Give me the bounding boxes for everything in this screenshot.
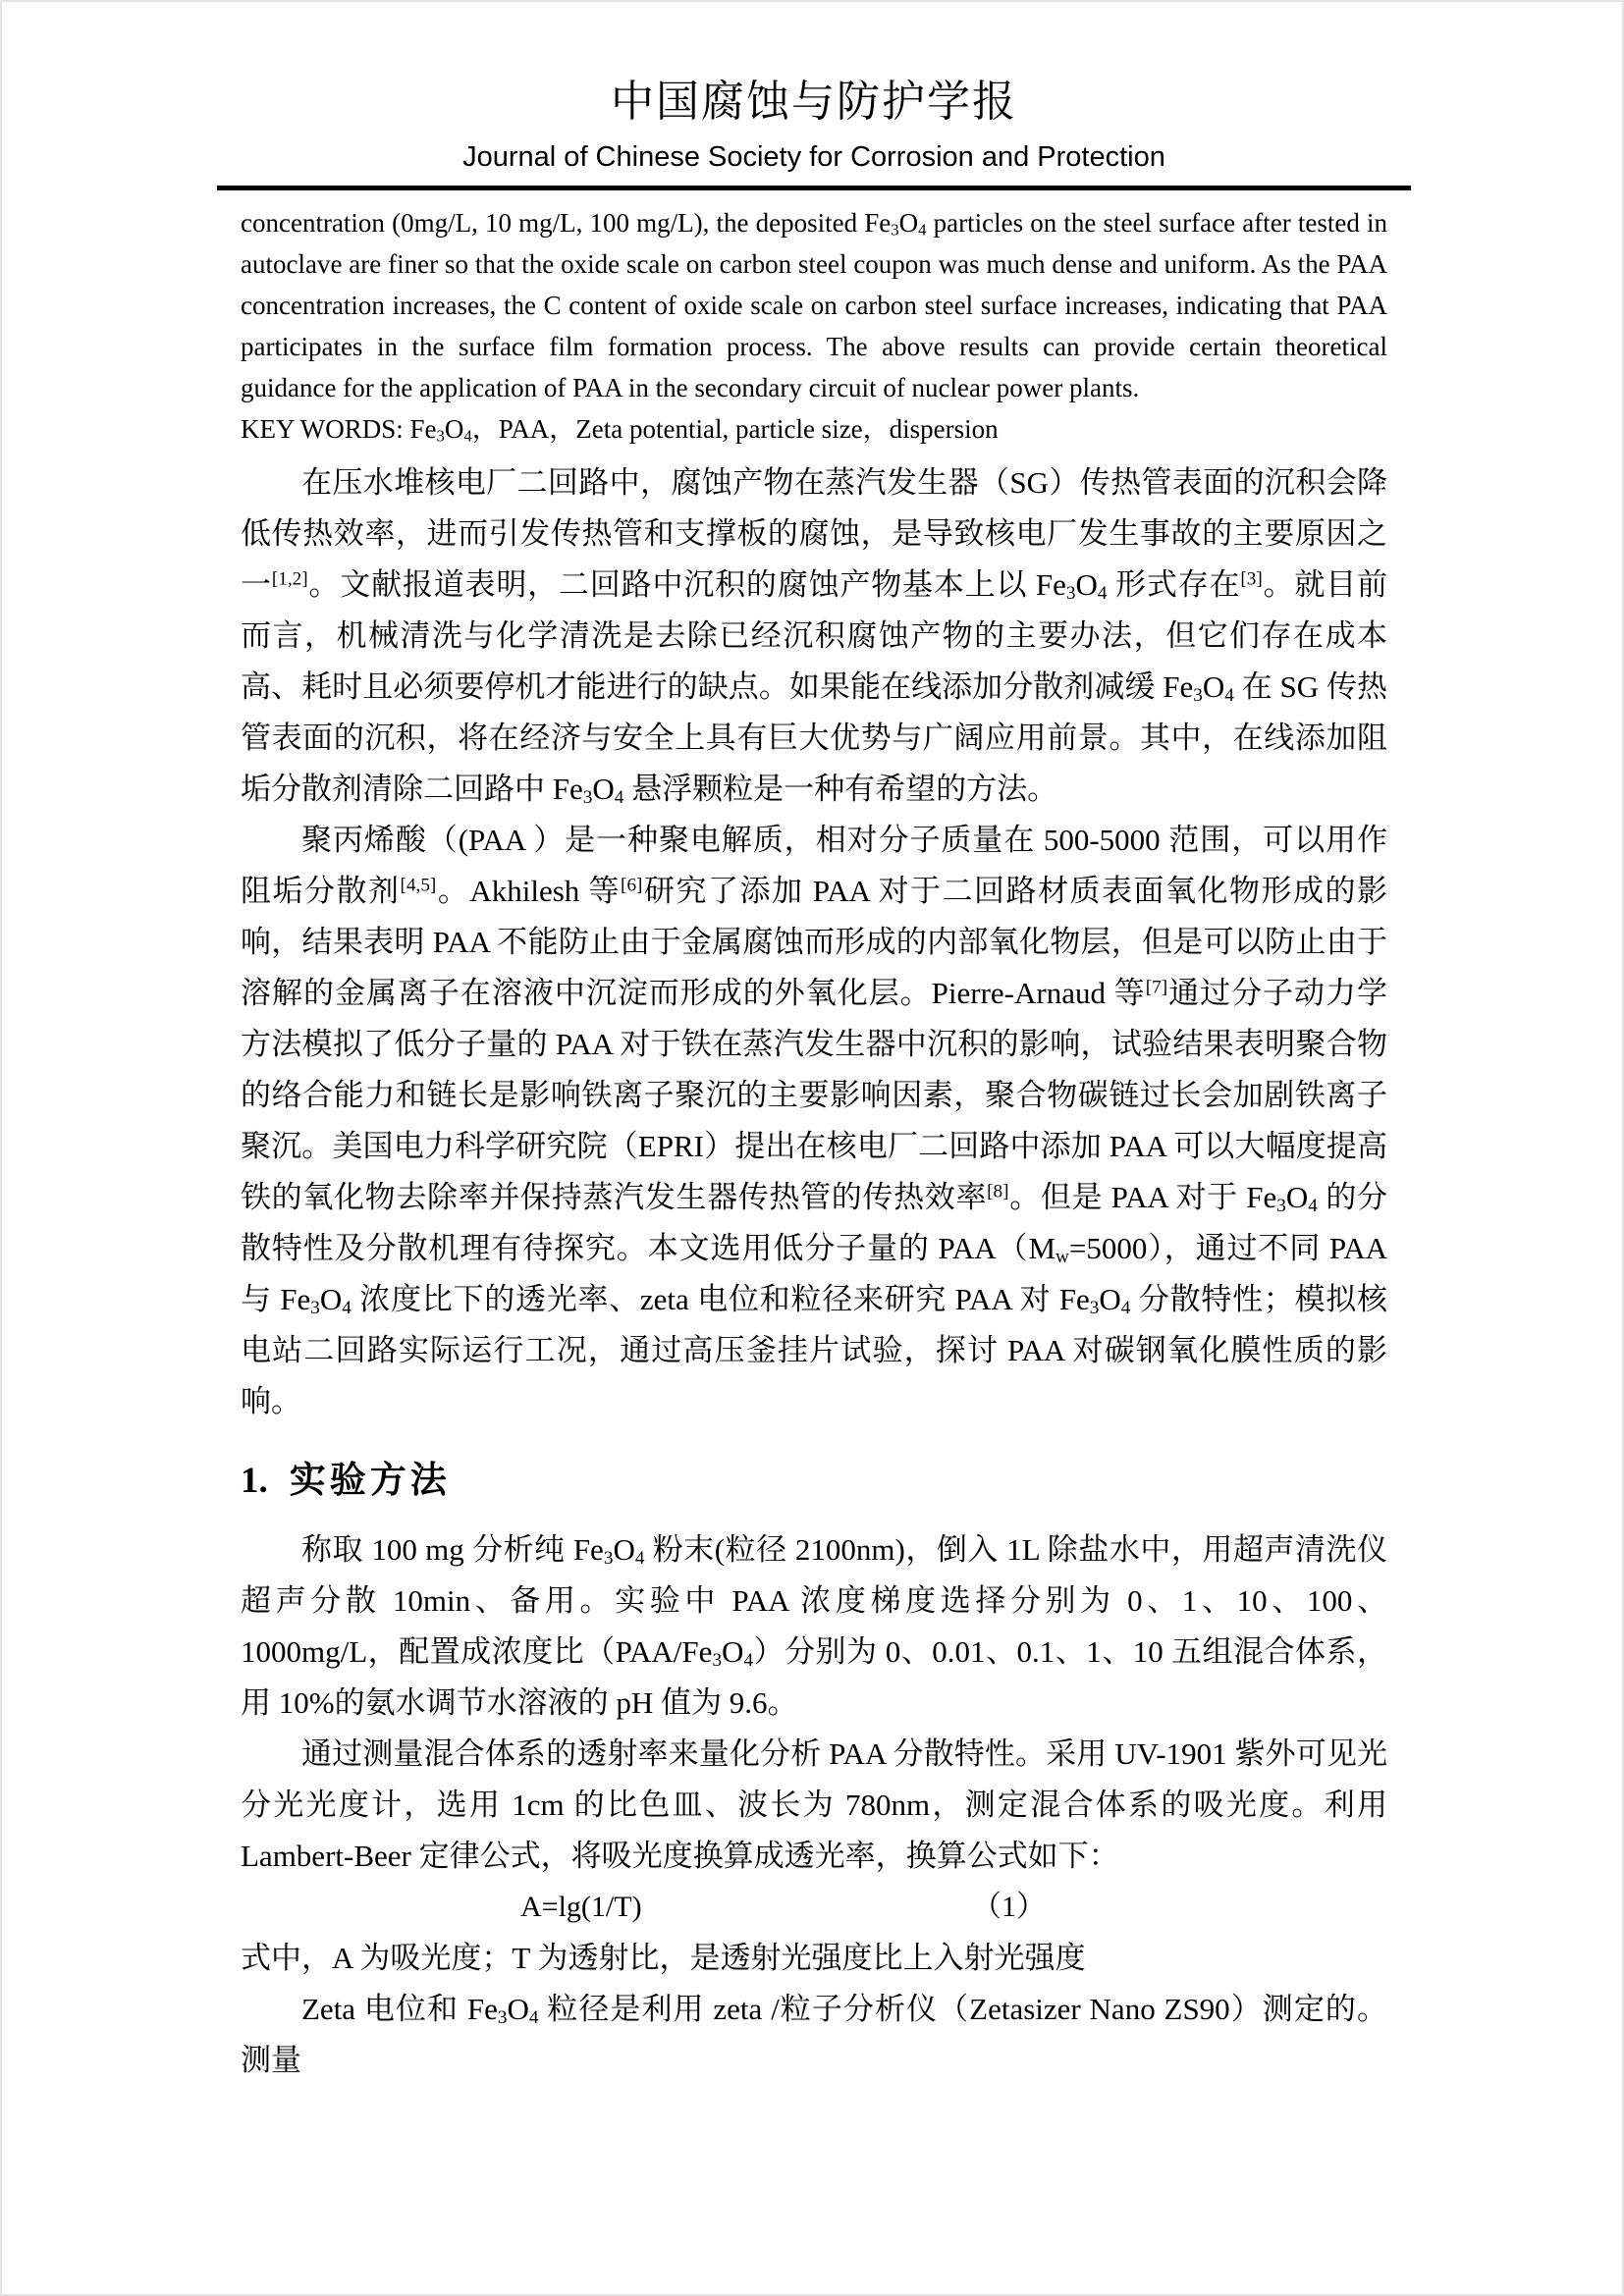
equation-1-note: 式中，A 为吸光度；T 为透射比，是透射光强度比上入射光强度 — [241, 1933, 1387, 1984]
header-divider — [217, 186, 1411, 190]
method-section: 称取 100 mg 分析纯 Fe3O4 粉末(粒径 2100nm)，倒入 1L … — [241, 1524, 1387, 2086]
introduction-section: 在压水堆核电厂二回路中，腐蚀产物在蒸汽发生器（SG）传热管表面的沉积会降低传热效… — [241, 457, 1387, 1427]
equation-1-row: A=lg(1/T) （1） — [241, 1882, 1387, 1933]
keywords-line: KEY WORDS: Fe3O4，PAA，Zeta potential, par… — [241, 408, 1387, 450]
section-1-title: 实验方法 — [290, 1457, 451, 1504]
section-1-number: 1. — [241, 1458, 268, 1505]
journal-title-zh: 中国腐蚀与防护学报 — [241, 75, 1387, 129]
intro-paragraph-1: 在压水堆核电厂二回路中，腐蚀产物在蒸汽发生器（SG）传热管表面的沉积会降低传热效… — [241, 457, 1387, 815]
journal-title-en: Journal of Chinese Society for Corrosion… — [241, 140, 1387, 175]
abstract-section: concentration (0mg/L, 10 mg/L, 100 mg/L)… — [241, 202, 1387, 450]
abstract-continued-paragraph: concentration (0mg/L, 10 mg/L, 100 mg/L)… — [241, 202, 1387, 408]
method-paragraph-3: Zeta 电位和 Fe3O4 粒径是利用 zeta /粒子分析仪（Zetasiz… — [241, 1984, 1387, 2086]
page-content: 中国腐蚀与防护学报 Journal of Chinese Society for… — [241, 57, 1387, 2086]
section-1-heading: 1. 实验方法 — [241, 1457, 1387, 1505]
equation-1-expression: A=lg(1/T) — [520, 1882, 642, 1933]
method-paragraph-1: 称取 100 mg 分析纯 Fe3O4 粉末(粒径 2100nm)，倒入 1L … — [241, 1524, 1387, 1729]
equation-1-number: （1） — [972, 1882, 1046, 1933]
method-paragraph-2: 通过测量混合体系的透射率来量化分析 PAA 分散特性。采用 UV-1901 紫外… — [241, 1729, 1387, 1882]
journal-page: 中国腐蚀与防护学报 Journal of Chinese Society for… — [0, 0, 1624, 2296]
intro-paragraph-2: 聚丙烯酸（(PAA ）是一种聚电解质，相对分子质量在 500-5000 范围，可… — [241, 815, 1387, 1427]
